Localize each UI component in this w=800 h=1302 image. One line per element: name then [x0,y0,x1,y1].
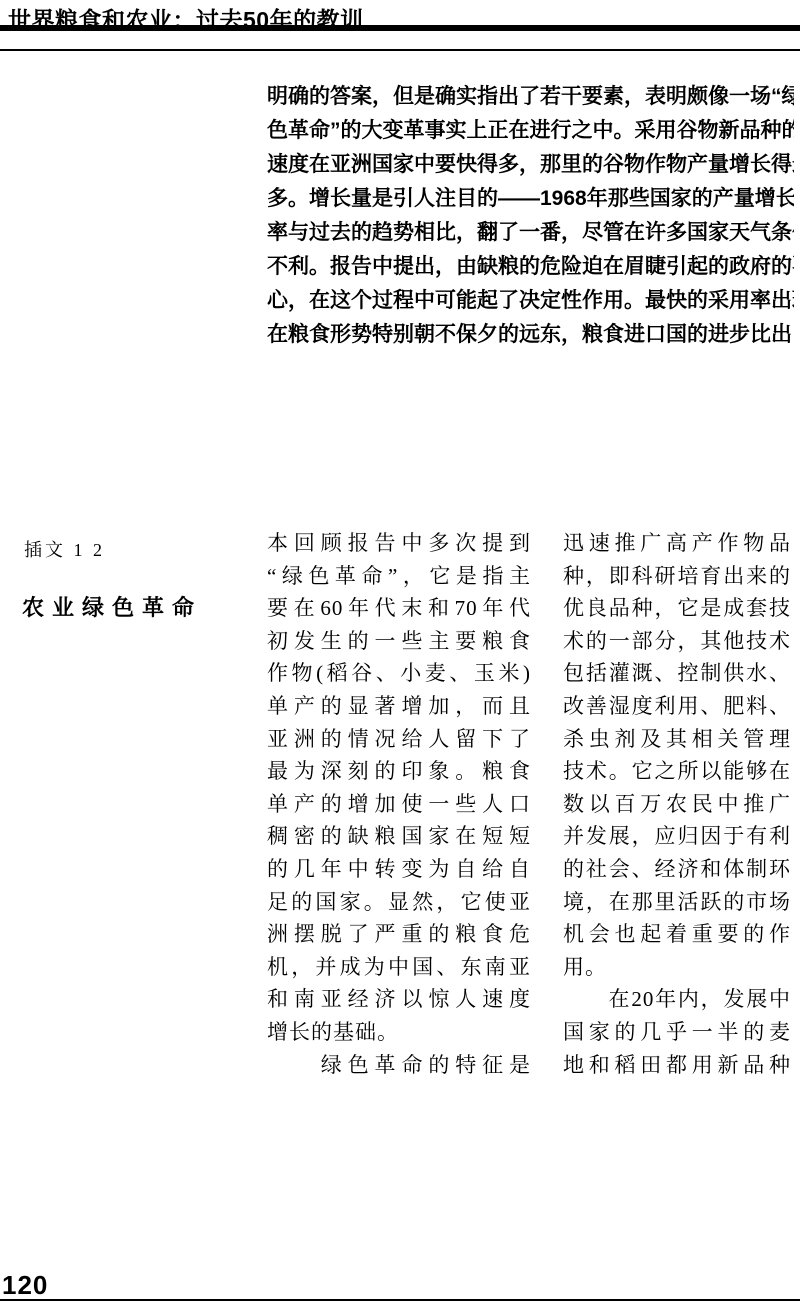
text-line: 改善湿度利用、肥料、 [563,690,791,723]
text-line: 作物(稻谷、小麦、玉米) [267,657,531,690]
text-line: 在20年内，发展中 [563,983,791,1016]
text-line: 种，即科研培育出来的 [563,560,791,593]
text-line: 在粮食形势特别朝不保夕的远东，粮食进口国的进步比出口 [267,318,794,352]
text-line: 本回顾报告中多次提到 [267,527,531,560]
text-line: 不利。报告中提出，由缺粮的危险迫在眉睫引起的政府的决 [267,250,794,284]
text-line: 心，在这个过程中可能起了决定性作用。最快的采用率出现 [267,284,794,318]
text-line: 亚洲的情况给人留下了 [267,723,531,756]
text-line: 术的一部分，其他技术 [563,625,791,658]
header-rule-thin [0,49,800,51]
text-line: 稠密的缺粮国家在短短 [267,820,531,853]
text-line: 多。增长量是引人注目的——1968年那些国家的产量增长 [267,182,794,216]
box-column-right: 迅速推广高产作物品种，即科研培育出来的优良品种，它是成套技术的一部分，其他技术包… [563,527,791,1081]
text-line: 国家的几乎一半的麦 [563,1016,791,1049]
text-line: 地和稻田都用新品种 [563,1049,791,1082]
box-title: 农业绿色革命 [22,591,202,622]
footer-rule [0,1299,800,1301]
text-line: 并发展，应归因于有利 [563,820,791,853]
box-number-label: 插文 1 2 [24,536,105,562]
text-line: “绿色革命”，它是指主 [267,560,531,593]
text-line: 迅速推广高产作物品 [563,527,791,560]
text-line: 初发生的一些主要粮食 [267,625,531,658]
text-line: 数以百万农民中推广 [563,788,791,821]
text-line: 境，在那里活跃的市场 [563,886,791,919]
header-rule-thick [0,25,800,31]
text-line: 包括灌溉、控制供水、 [563,657,791,690]
text-line: 增长的基础。 [267,1016,531,1049]
text-line: 和南亚经济以惊人速度 [267,983,531,1016]
text-line: 机会也起着重要的作 [563,918,791,951]
text-line: 优良品种，它是成套技 [563,592,791,625]
text-line: 要在60年代末和70年代 [267,592,531,625]
text-line: 色革命”的大变革事实上正在进行之中。采用谷物新品种的 [267,114,794,148]
text-line: 的社会、经济和体制环 [563,853,791,886]
text-line: 机，并成为中国、东南亚 [267,951,531,984]
text-line: 单产的显著增加，而且 [267,690,531,723]
intro-paragraph: 明确的答案，但是确实指出了若干要素，表明颇像一场“绿色革命”的大变革事实上正在进… [267,80,794,352]
text-line: 单产的增加使一些人口 [267,788,531,821]
text-line: 最为深刻的印象。粮食 [267,755,531,788]
box-column-left: 本回顾报告中多次提到“绿色革命”，它是指主要在60年代末和70年代初发生的一些主… [267,527,531,1081]
text-line: 的几年中转变为自给自 [267,853,531,886]
text-line: 率与过去的趋势相比，翻了一番，尽管在许多国家天气条件 [267,216,794,250]
text-line: 用。 [563,951,791,984]
text-line: 技术。它之所以能够在 [563,755,791,788]
text-line: 足的国家。显然，它使亚 [267,886,531,919]
text-line: 绿色革命的特征是 [267,1049,531,1082]
text-line: 速度在亚洲国家中要快得多，那里的谷物作物产量增长得最 [267,148,794,182]
text-line: 洲摆脱了严重的粮食危 [267,918,531,951]
text-line: 明确的答案，但是确实指出了若干要素，表明颇像一场“绿 [267,80,794,114]
page-number: 120 [2,1270,48,1301]
text-line: 杀虫剂及其相关管理 [563,723,791,756]
document-page: 世界粮食和农业：过去50年的教训 明确的答案，但是确实指出了若干要素，表明颇像一… [0,0,800,1302]
